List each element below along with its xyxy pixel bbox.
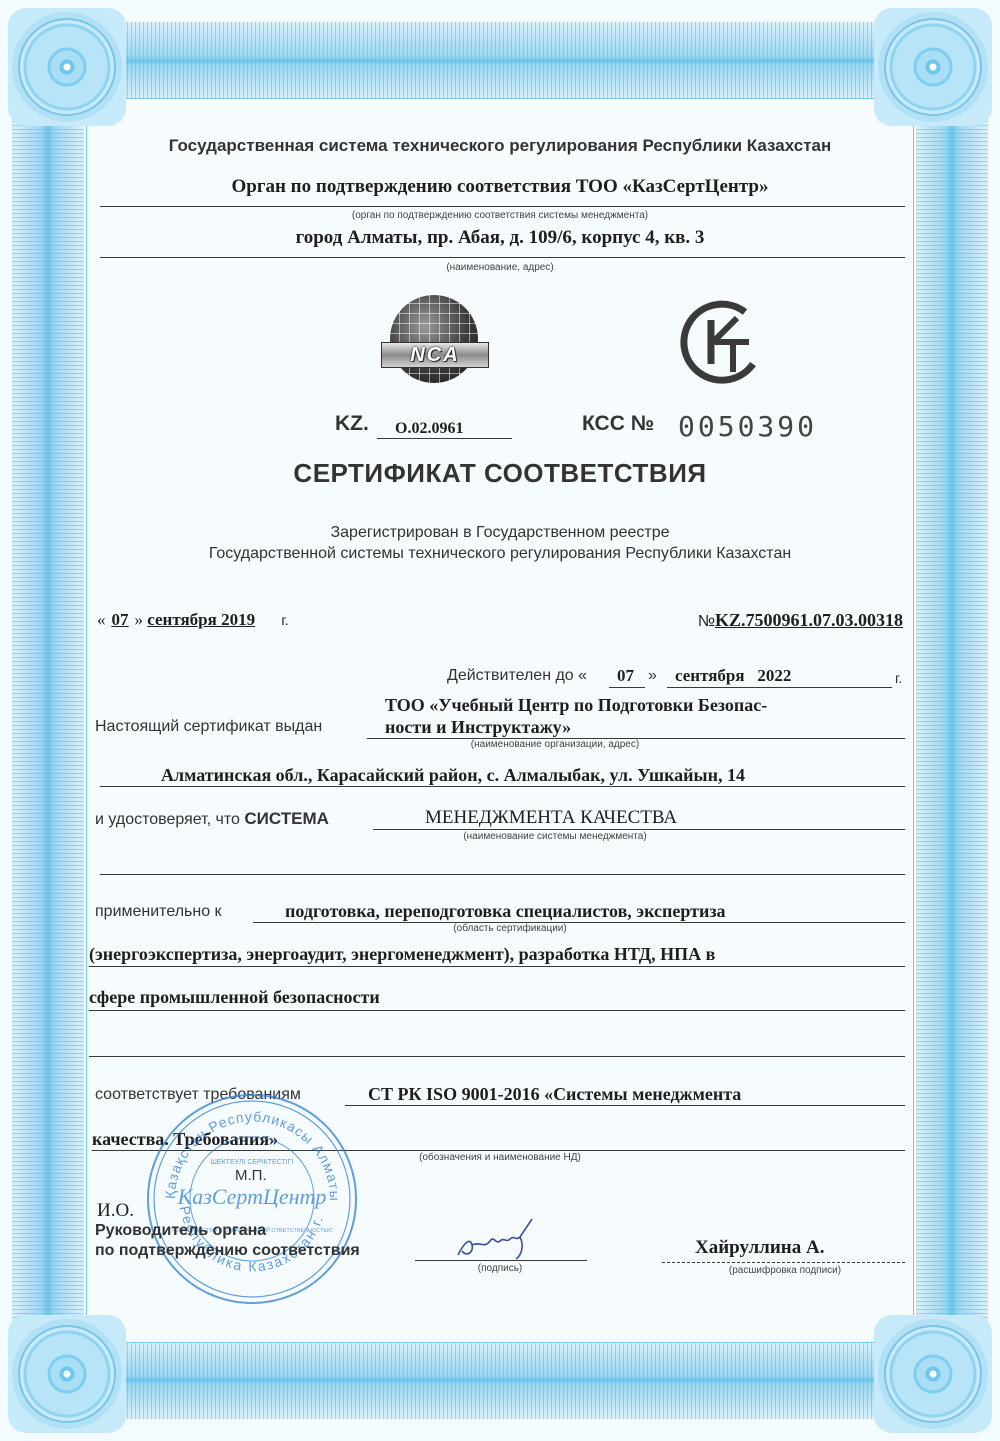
svg-text:ШЕКТЕУЛІ СЕРІКТЕСТІГІ: ШЕКТЕУЛІ СЕРІКТЕСТІГІ	[211, 1159, 294, 1166]
certifies-label: и удостоверяет, что СИСТЕМА	[95, 809, 329, 829]
standard-line-1: СТ РК ISO 9001-2016 «Системы менеджмента	[368, 1084, 741, 1105]
nca-globe-logo	[390, 295, 478, 383]
border-left-guilloche	[12, 95, 84, 1346]
kss-number: 0050390	[678, 410, 817, 443]
underline	[345, 1105, 905, 1106]
management-system-name: МЕНЕДЖМЕНТА КАЧЕСТВА	[425, 807, 677, 829]
kz-prefix: KZ.	[335, 412, 369, 436]
system-caption: (наименование системы менеджмента)	[425, 831, 685, 842]
valid-until-day: 07	[617, 666, 634, 686]
registration-number: №KZ.7500961.07.03.00318	[698, 610, 903, 631]
quote: »	[648, 667, 657, 685]
border-right-guilloche	[916, 95, 988, 1346]
handwritten-signature-icon	[450, 1215, 550, 1263]
scope-line-3: сфере промышленной безопасности	[89, 987, 380, 1008]
certification-body-name: Орган по подтверждению соответствия ТОО …	[95, 176, 905, 198]
issued-to-label: Настоящий сертификат выдан	[95, 718, 322, 736]
registration-day: 07	[106, 610, 135, 629]
nca-logo-text: NCA	[381, 342, 489, 368]
divider	[100, 257, 905, 258]
signatory-role-line-1: Руководитель органа	[95, 1222, 266, 1240]
scope-line-1: подготовка, переподготовка специалистов,…	[285, 901, 726, 922]
underline	[377, 438, 512, 439]
scope-line-2: (энергоэкспертиза, энергоаудит, энергоме…	[89, 944, 715, 965]
company-seal-icon: Қазақстан Республикасы Алматы қаласы Рес…	[145, 1092, 360, 1307]
org-name-line-2: ности и Инструктажу»	[385, 717, 571, 738]
underline	[100, 786, 905, 787]
divider	[100, 206, 905, 207]
address-caption: (наименование, адрес)	[95, 262, 905, 273]
registration-date: «07» сентября 2019 г.	[97, 610, 289, 630]
standard-caption: (обозначения и наименование НД)	[395, 1152, 605, 1163]
org-caption: (наименование организации, адрес)	[435, 739, 675, 750]
signatory-name-caption: (расшифровка подписи)	[705, 1265, 865, 1276]
system-title: Государственная система технического рег…	[95, 136, 905, 156]
seal-placeholder-label: М.П.	[235, 1167, 267, 1184]
underline	[100, 874, 905, 875]
underline	[667, 687, 892, 688]
kt-logo-icon	[675, 298, 765, 388]
signatory-name-line	[662, 1262, 905, 1263]
certificate-title: СЕРТИФИКАТ СООТВЕТСТВИЯ	[95, 458, 905, 489]
valid-until-month-year: сентября 2022	[675, 666, 791, 686]
acting-label: И.О.	[97, 1200, 134, 1222]
kz-code: O.02.0961	[395, 420, 463, 438]
underline	[89, 966, 905, 967]
org-name-line-1: ТОО «Учебный Центр по Подготовки Безопас…	[385, 695, 767, 716]
signatory-name: Хайруллина А.	[695, 1237, 824, 1259]
registration-month-year: сентября 2019	[147, 610, 255, 629]
scope-caption: (область сертификации)	[425, 923, 595, 934]
underline	[609, 687, 645, 688]
signature-caption: (подпись)	[465, 1263, 535, 1274]
year-suffix: г.	[895, 670, 902, 686]
org-address: Алматинская обл., Карасайский район, с. …	[161, 765, 745, 786]
scope-label: применительно к	[95, 903, 222, 921]
registry-line-1: Зарегистрирован в Государственном реестр…	[95, 524, 905, 542]
svg-text:КазСертЦентр: КазСертЦентр	[177, 1184, 327, 1209]
certificate-body: Государственная система технического рег…	[95, 0, 905, 1441]
registry-line-2: Государственной системы технического рег…	[95, 545, 905, 563]
underline	[89, 1056, 905, 1057]
underline	[89, 1010, 905, 1011]
signatory-role-line-2: по подтверждению соответствия	[95, 1242, 360, 1260]
valid-until-label: Действителен до «	[447, 667, 587, 685]
kss-label: КСС №	[582, 412, 654, 436]
body-caption: (орган по подтверждению соответствия сис…	[95, 210, 905, 221]
body-address: город Алматы, пр. Абая, д. 109/6, корпус…	[95, 227, 905, 249]
underline	[373, 829, 905, 830]
